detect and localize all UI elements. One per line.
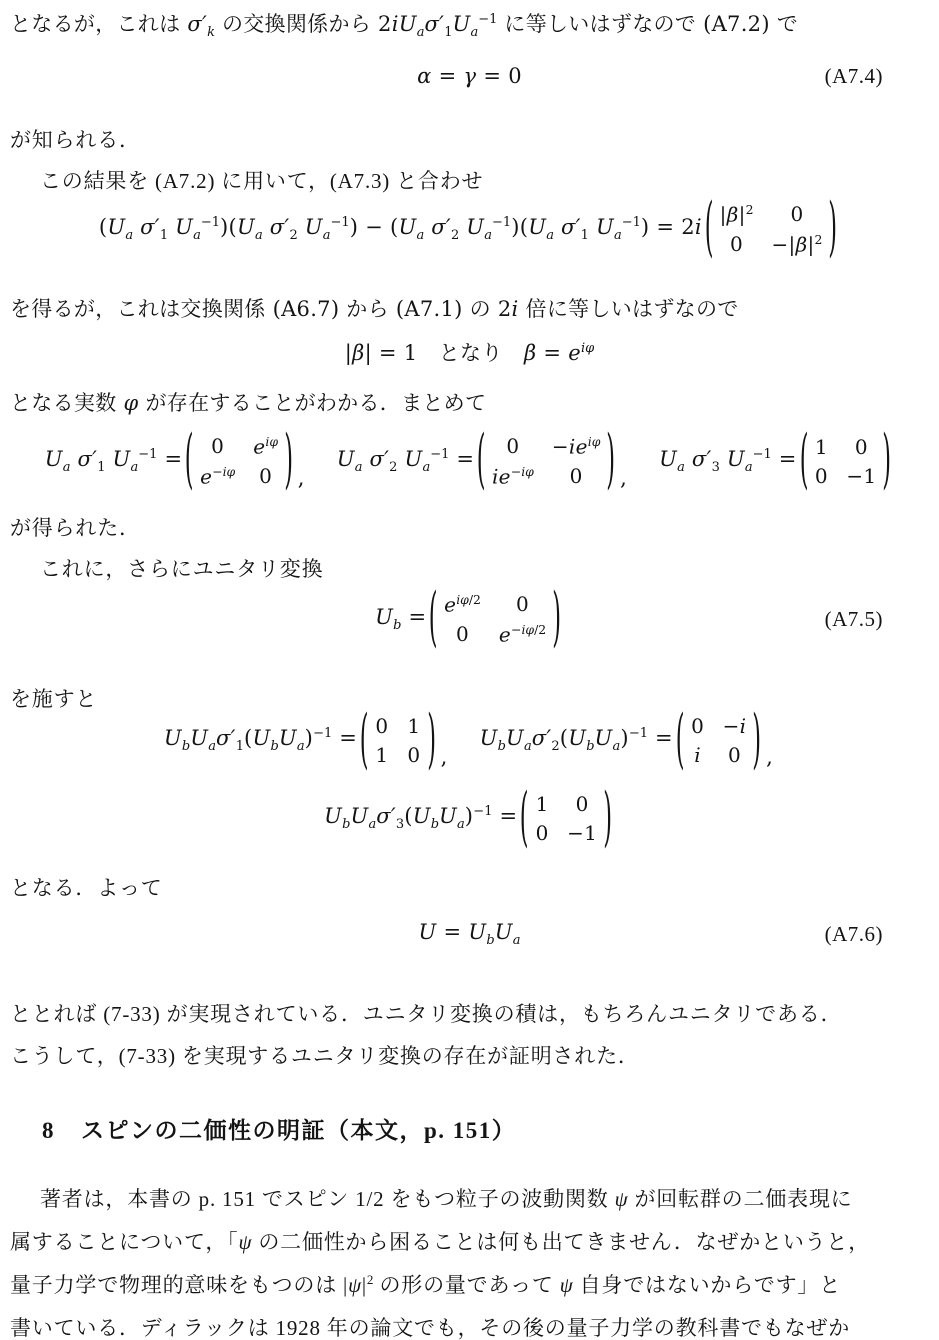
book-page: となるが，これは σ′k の交換関係から 2iUaσ′1Ua−1 に等しいはずな… bbox=[0, 0, 939, 1340]
body-line-use-result: この結果を (A7.2) に用いて，(A7.3) と合わせ bbox=[40, 165, 483, 195]
display-equation-beta: |β| = 1 となり β = eiφ bbox=[0, 337, 939, 367]
comma: , bbox=[298, 466, 305, 490]
paragraph-line: 属することについて，「ψ の二価性から困ることは何も出てきません．なぜかというと… bbox=[10, 1226, 870, 1256]
equation-tag: (A7.4) bbox=[825, 64, 883, 89]
matrix-cell: −|β|2 bbox=[772, 232, 823, 257]
body-line-apply: を施すと bbox=[10, 683, 97, 713]
equation-lhs: Ua σ′2 Ua−1 = bbox=[337, 447, 475, 475]
body-line-totoreba: ととれば (7-33) が実現されている．ユニタリ変換の積は，もちろんユニタリで… bbox=[10, 998, 842, 1028]
matrix-cell: 0 bbox=[444, 622, 481, 646]
comma: , bbox=[766, 745, 773, 769]
matrix-cell: 0 bbox=[567, 792, 597, 816]
matrix-pauli1: 0 1 1 0 bbox=[358, 712, 437, 769]
section-number: 8 bbox=[42, 1118, 55, 1143]
comma: , bbox=[620, 466, 627, 490]
display-equation-sigma-set: Ua σ′1 Ua−1 = 0 eiφ e−iφ 0 , Ua σ′2 Ua−1… bbox=[0, 432, 939, 490]
equation-tag: (A7.6) bbox=[825, 922, 883, 947]
equation-tag: (A7.5) bbox=[825, 607, 883, 632]
matrix-cell: e−iφ/2 bbox=[499, 622, 546, 647]
equation-lhs: Ub = bbox=[375, 605, 426, 633]
matrix-cell: 0 bbox=[552, 464, 601, 488]
matrix-pauli3: 1 0 0 −1 bbox=[518, 790, 614, 847]
matrix-cell: i bbox=[691, 743, 705, 767]
section-heading: 8スピンの二価性の明証（本文，p. 151） bbox=[42, 1112, 516, 1145]
body-line-real-phi: となる実数 φ が存在することがわかる．まとめて bbox=[10, 387, 486, 417]
matrix-cell: 1 bbox=[535, 792, 549, 816]
body-line-get-but: を得るが，これは交換関係 (A6.7) から (A7.1) の 2i 倍に等しい… bbox=[10, 293, 739, 323]
matrix-cell: 0 bbox=[720, 232, 754, 256]
matrix-cell: 0 bbox=[253, 464, 278, 488]
equation-lhs: UbUaσ′1(UbUa)−1 = bbox=[164, 726, 357, 754]
paragraph-line: 著者は，本書の p. 151 でスピン 1/2 をもつ粒子の波動関数 ψ が回転… bbox=[40, 1183, 853, 1213]
matrix-cell: 0 bbox=[492, 434, 534, 458]
body-line-obtained: が得られた． bbox=[10, 512, 141, 542]
matrix-cell: 0 bbox=[846, 435, 876, 459]
equation-lhs: Ua σ′1 Ua−1 = bbox=[45, 447, 183, 475]
body-line-known: が知られる． bbox=[10, 124, 141, 154]
comma: , bbox=[441, 745, 448, 769]
equation-lhs: (Ua σ′1 Ua−1)(Ua σ′2 Ua−1) − (Ua σ′2 Ua−… bbox=[99, 215, 702, 243]
matrix-cell: 1 bbox=[814, 435, 828, 459]
matrix-pauli2: 0 −i i 0 bbox=[674, 712, 763, 769]
equation-lhs: UbUaσ′2(UbUa)−1 = bbox=[480, 726, 673, 754]
equation-body: α = γ = 0 bbox=[417, 64, 522, 88]
display-equation-ubua-row1: UbUaσ′1(UbUa)−1 = 0 1 1 0 , UbUaσ′2(UbUa… bbox=[0, 712, 939, 769]
matrix-beta-squared: |β|2 0 0 −|β|2 bbox=[703, 200, 839, 258]
display-equation-commutator: (Ua σ′1 Ua−1)(Ua σ′2 Ua−1) − (Ua σ′2 Ua−… bbox=[0, 200, 939, 258]
matrix-cell: 1 bbox=[375, 743, 389, 767]
equation-lhs: Ua σ′3 Ua−1 = bbox=[659, 447, 797, 475]
equation-lhs: UbUaσ′3(UbUa)−1 = bbox=[324, 804, 517, 832]
matrix-ub: eiφ/2 0 0 e−iφ/2 bbox=[427, 590, 563, 648]
display-equation-a74: α = γ = 0 (A7.4) bbox=[0, 64, 939, 88]
matrix-cell: −1 bbox=[846, 464, 876, 488]
display-equation-a76: U = UbUa (A7.6) bbox=[0, 920, 939, 948]
matrix-cell: 0 bbox=[814, 464, 828, 488]
matrix-cell: eiφ bbox=[253, 434, 278, 459]
matrix-sigma2: 0 −ieiφ ie−iφ 0 bbox=[475, 432, 617, 490]
matrix-sigma3: 1 0 0 −1 bbox=[798, 433, 894, 490]
body-line-naru-yotte: となる．よって bbox=[10, 872, 163, 902]
equation-body: |β| = 1 となり β = eiφ bbox=[345, 337, 595, 367]
matrix-cell: 0 bbox=[407, 743, 421, 767]
matrix-cell: e−iφ bbox=[200, 464, 235, 489]
matrix-cell: 1 bbox=[407, 714, 421, 738]
paragraph-line: 書いている．ディラックは 1928 年の論文でも，その後の量子力学の教科書でもな… bbox=[10, 1312, 850, 1340]
matrix-cell: |β|2 bbox=[720, 202, 754, 227]
matrix-cell: 0 bbox=[200, 434, 235, 458]
matrix-sigma1: 0 eiφ e−iφ 0 bbox=[183, 432, 294, 490]
display-equation-a75: Ub = eiφ/2 0 0 e−iφ/2 (A7.5) bbox=[0, 590, 939, 648]
matrix-cell: 0 bbox=[535, 821, 549, 845]
section-title: スピンの二価性の明証（本文，p. 151） bbox=[81, 1118, 516, 1143]
matrix-cell: 0 bbox=[772, 202, 823, 226]
matrix-cell: 0 bbox=[691, 714, 705, 738]
matrix-cell: 0 bbox=[723, 743, 747, 767]
matrix-cell: −i bbox=[723, 714, 747, 738]
matrix-cell: ie−iφ bbox=[492, 464, 534, 489]
equation-body: U = UbUa bbox=[419, 920, 521, 948]
body-line-koushite: こうして，(7-33) を実現するユニタリ変換の存在が証明された． bbox=[10, 1040, 640, 1070]
body-line-further: これに，さらにユニタリ変換 bbox=[40, 553, 323, 583]
paragraph-line: 量子力学で物理的意味をもつのは |ψ|2 の形の量であって ψ 自身ではないから… bbox=[10, 1269, 841, 1299]
matrix-cell: 0 bbox=[499, 592, 546, 616]
display-equation-ubua-row2: UbUaσ′3(UbUa)−1 = 1 0 0 −1 bbox=[0, 790, 939, 847]
body-line-intro: となるが，これは σ′k の交換関係から 2iUaσ′1Ua−1 に等しいはずな… bbox=[10, 8, 798, 40]
matrix-cell: 0 bbox=[375, 714, 389, 738]
matrix-cell: −ieiφ bbox=[552, 434, 601, 459]
matrix-cell: eiφ/2 bbox=[444, 592, 481, 617]
matrix-cell: −1 bbox=[567, 821, 597, 845]
